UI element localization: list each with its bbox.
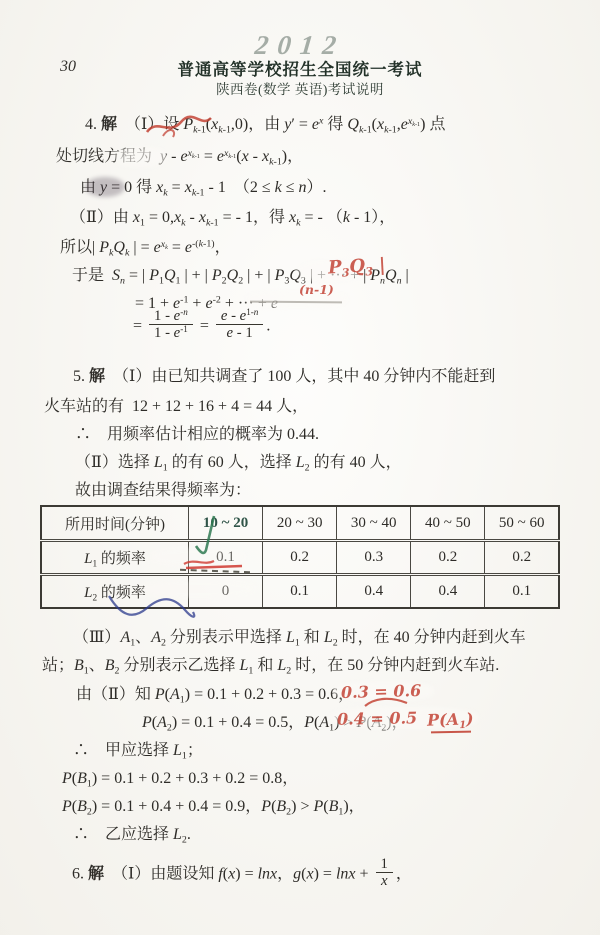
range-header-cell-4: 40 ~ 50 bbox=[411, 506, 485, 541]
sol5-line11: P(B1) = 0.1 + 0.2 + 0.3 + 0.2 = 0.8， bbox=[62, 768, 298, 790]
sol5-line4: （Ⅱ）选择 L1 的有 60 人，选择 L2 的有 40 人， bbox=[75, 452, 402, 474]
sol4-line2: 处切线方程为 y - exk-1 = exk-1(x - xk-1)， bbox=[56, 146, 303, 168]
exam-title: 普通高等学校招生全国统一考试 bbox=[0, 56, 600, 80]
freq-cell: 0.1 bbox=[263, 575, 337, 609]
scanned-exam-page: 2012 30 普通高等学校招生全国统一考试 陕西卷(数学 英语)考试说明 4.… bbox=[0, 0, 600, 935]
sol4-line8: = 1 - e-n1 - e-1 = e - e1-ne - 1. bbox=[133, 310, 270, 344]
red-rewrite-exponent: (n-1) bbox=[299, 282, 334, 297]
range-header-cell-2: 20 ~ 30 bbox=[263, 506, 337, 541]
sol6-line1: 6. 解 （Ⅰ）由题设知 f(x) = lnx，g(x) = lnx + 1x， bbox=[72, 858, 412, 892]
freq-cell: 0.2 bbox=[411, 541, 485, 575]
sol4-line5: 所以| PkQk | = exk = e-(k-1)， bbox=[60, 237, 231, 259]
time-header-cell: 所用时间(分钟) bbox=[41, 506, 189, 541]
sol5-line7: 站；B1、B2 分别表示乙选择 L1 和 L2 时，在 50 分钟内赶到火车站. bbox=[42, 655, 499, 677]
ink-smear bbox=[85, 177, 125, 197]
freq-cell: 0.3 bbox=[337, 541, 411, 575]
blue-pen-scribble bbox=[103, 590, 203, 624]
sol5-line2: 火车站的有 12 + 12 + 16 + 4 = 44 人， bbox=[44, 396, 308, 418]
red-pen-scribble bbox=[143, 110, 215, 140]
red-pen-mark bbox=[180, 552, 250, 570]
freq-cell: 0.4 bbox=[337, 575, 411, 609]
red-rewrite-a2-sum: 0.4 = 0.5 bbox=[337, 708, 418, 728]
sol4-line4: （Ⅱ）由 x1 = 0,xk - xk-1 = - 1，得 xk = - （k … bbox=[70, 207, 395, 229]
range-header-cell-5: 50 ~ 60 bbox=[485, 506, 559, 541]
sol5-line10: ∴ 甲应选择 L1； bbox=[73, 740, 203, 762]
sol5-line12: P(B2) = 0.1 + 0.4 + 0.4 = 0.9，P(B2) > P(… bbox=[62, 796, 365, 818]
sol5-line13: ∴ 乙应选择 L2. bbox=[73, 824, 191, 846]
sol5-line3: ∴ 用频率估计相应的概率为 0.44. bbox=[75, 424, 319, 446]
red-underline bbox=[431, 731, 471, 734]
sol5-line6: （Ⅲ）A1、A2 分别表示甲选择 L1 和 L2 时，在 40 分钟内赶到火车 bbox=[73, 627, 526, 649]
red-rewrite-p3q3: P3Q3 | bbox=[327, 255, 386, 279]
red-rewrite-a1-sum: 0.3 = 0.6 bbox=[341, 681, 422, 702]
freq-cell: 0.2 bbox=[263, 541, 337, 575]
range-header-cell-3: 30 ~ 40 bbox=[337, 506, 411, 541]
exam-subtitle: 陕西卷(数学 英语)考试说明 bbox=[0, 78, 600, 98]
sol5-line1: 5. 解 （Ⅰ）由已知共调查了 100 人，其中 40 分钟内不能赶到 bbox=[73, 366, 495, 388]
red-rewrite-pa1: P(A1) bbox=[427, 709, 474, 730]
sol5-line8: 由（Ⅱ）知 P(A1) = 0.1 + 0.2 + 0.3 = 0.6， bbox=[76, 684, 354, 706]
freq-cell: 0.4 bbox=[411, 575, 485, 609]
l1-frequency-row: L1 的频率 0.1 0.2 0.3 0.2 0.2 bbox=[41, 541, 559, 575]
sol4-line1: 4. 解 （Ⅰ）设 Pk-1(xk-1,0)，由 y′ = ex 得 Qk-1(… bbox=[85, 114, 445, 136]
table-header-row: 所用时间(分钟) 10 ~ 20 20 ~ 30 30 ~ 40 40 ~ 50… bbox=[41, 506, 559, 541]
scan-smudge bbox=[115, 147, 167, 167]
freq-cell: 0.2 bbox=[485, 541, 559, 575]
freq-cell: 0.1 bbox=[485, 575, 559, 609]
sol5-line5: 故由调查结果得频率为： bbox=[75, 480, 251, 502]
